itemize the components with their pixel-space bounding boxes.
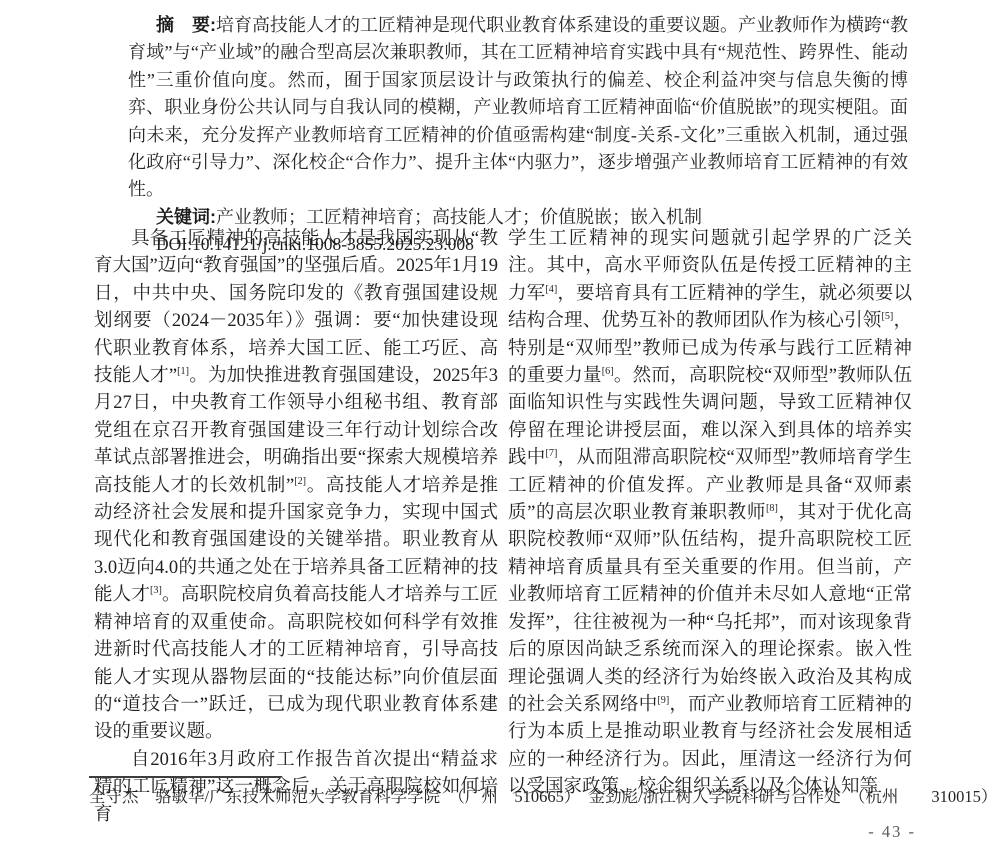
right-column: 学生工匠精神的现实问题就引起学界的广泛关注。其中，高水平师资队伍是传授工匠精神的… <box>508 226 912 829</box>
body-paragraph: 学生工匠精神的现实问题就引起学界的广泛关注。其中，高水平师资队伍是传授工匠精神的… <box>508 226 912 802</box>
authors-affiliation: 全守杰 骆敏华/广东技术师范大学教育科学学院 （广州 510665） 金劲彪/浙… <box>89 786 919 808</box>
abstract-label: 摘 要: <box>156 15 216 35</box>
abstract-section: 摘 要:培育高技能人才的工匠精神是现代职业教育体系建设的重要议题。产业教师作为横… <box>128 12 908 257</box>
left-column: 具备工匠精神的高技能人才是我国实现从“教育大国”迈向“教育强国”的坚强后盾。20… <box>94 226 498 829</box>
keywords-text: 产业教师；工匠精神培育；高技能人才；价值脱嵌；嵌入机制 <box>216 207 702 227</box>
journal-page: 摘 要:培育高技能人才的工匠精神是现代职业教育体系建设的重要议题。产业教师作为横… <box>0 0 1004 855</box>
page-number: - 43 - <box>868 822 916 842</box>
body-text: 具备工匠精神的高技能人才是我国实现从“教育大国”迈向“教育强国”的坚强后盾。20… <box>94 226 912 829</box>
abstract-text: 培育高技能人才的工匠精神是现代职业教育体系建设的重要议题。产业教师作为横跨“教育… <box>128 15 908 199</box>
keywords-label: 关键词: <box>156 207 216 227</box>
footnote-divider <box>89 776 281 778</box>
abstract-paragraph: 摘 要:培育高技能人才的工匠精神是现代职业教育体系建设的重要议题。产业教师作为横… <box>128 12 908 204</box>
body-paragraph: 具备工匠精神的高技能人才是我国实现从“教育大国”迈向“教育强国”的坚强后盾。20… <box>94 226 498 747</box>
